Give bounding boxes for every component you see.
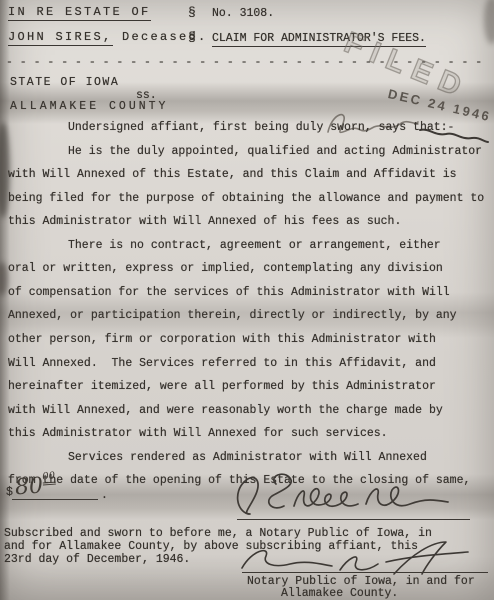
notary-caption-line2: Allamakee County. [281,587,398,600]
jurat: Subscribed and sworn to before me, a Not… [0,0,494,600]
text-line: Subscribed and sworn to before me, a Not… [4,527,432,540]
notary-signature-line [242,572,488,573]
text-line: 23rd day of December, 1946. [4,553,190,566]
scanned-affidavit-page: IN RE ESTATE OF JOHN SIRES, Deceased. § … [0,0,494,600]
